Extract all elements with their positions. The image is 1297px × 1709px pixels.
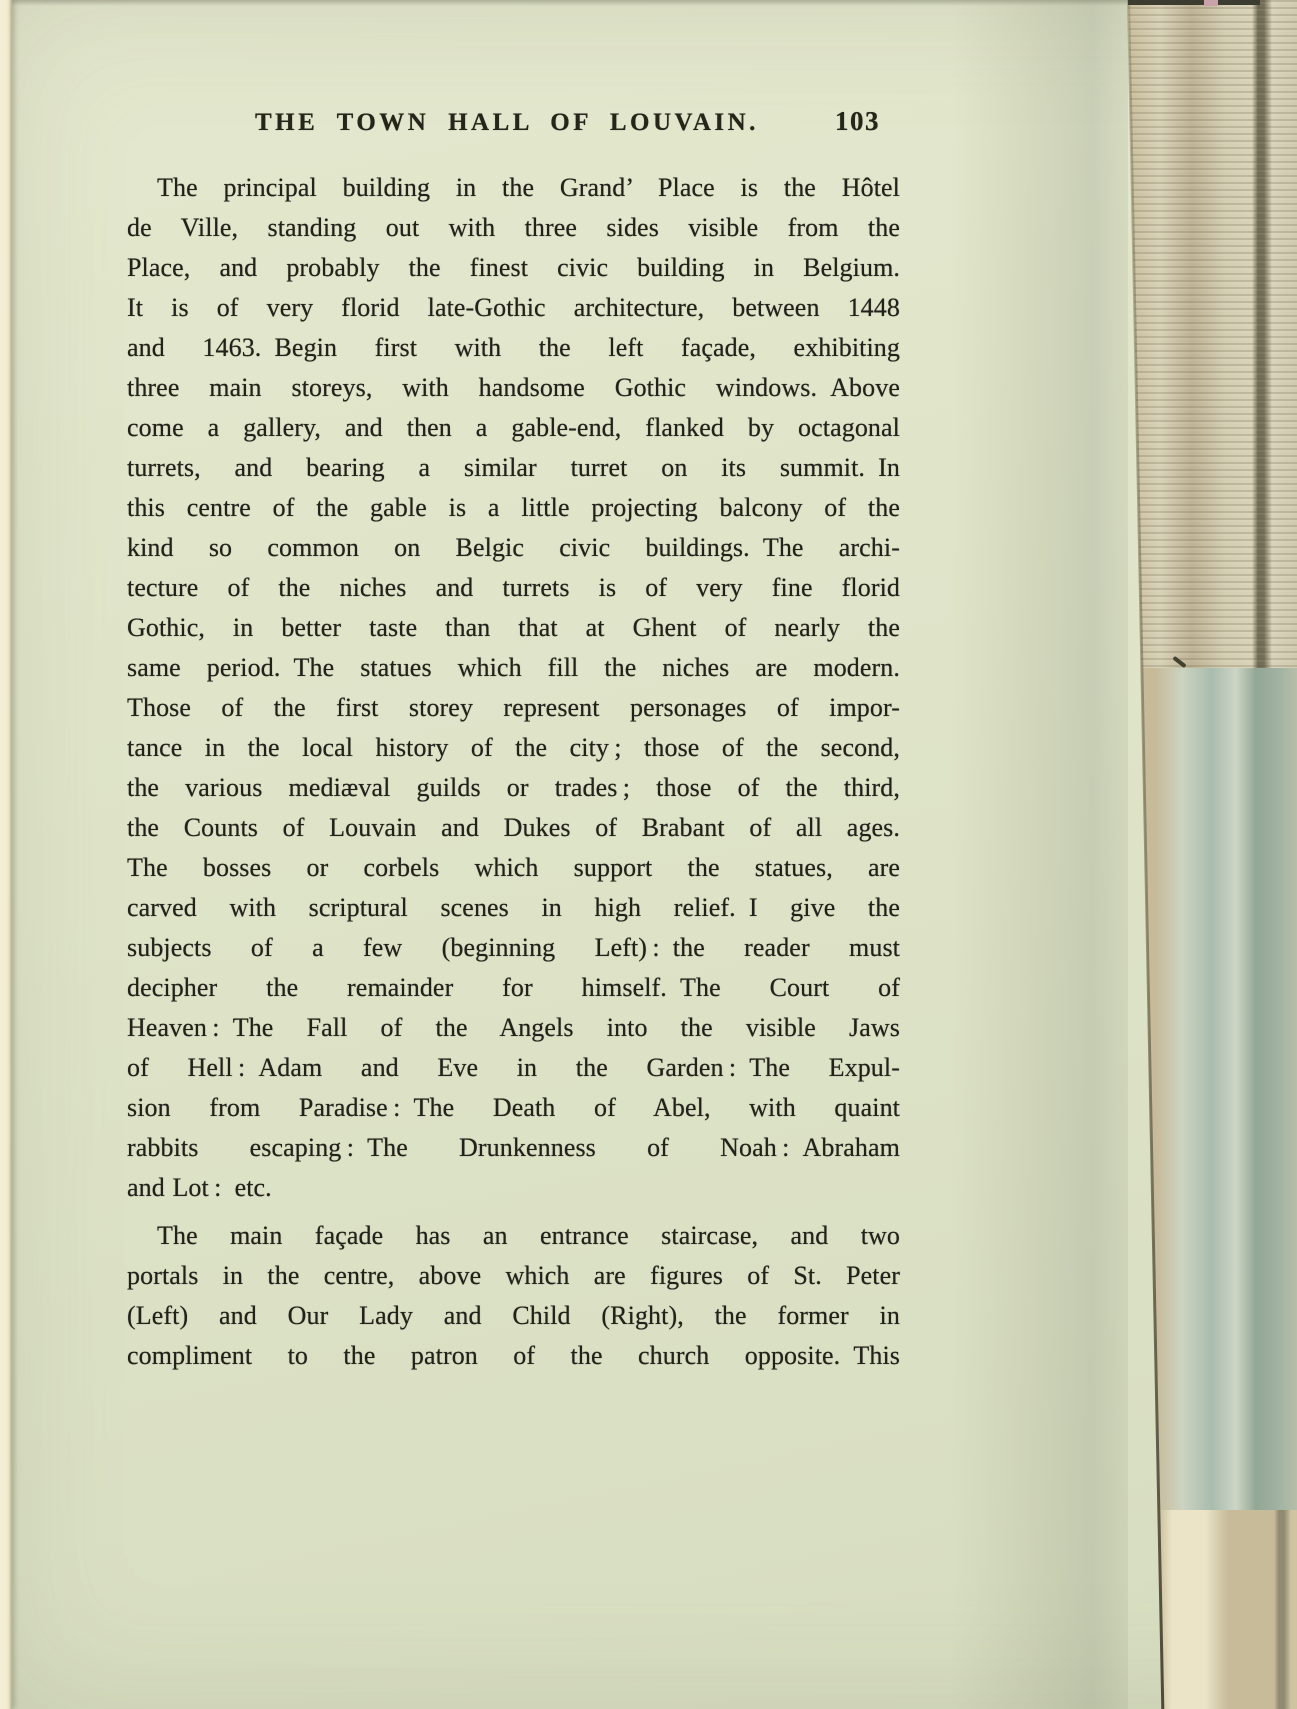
paragraph: The principal building in the Grand’ Pla…	[127, 168, 900, 1208]
text-line: the Counts of Louvain and Dukes of Braba…	[127, 808, 900, 848]
text-line: The bosses or corbels which support the …	[127, 848, 900, 888]
top-shadow-sliver	[1128, 0, 1260, 5]
text-line: (Left) and Our Lady and Child (Right), t…	[127, 1296, 900, 1336]
text-line: kind so common on Belgic civic buildings…	[127, 528, 900, 568]
text-line: de Ville, standing out with three sides …	[127, 208, 900, 248]
page-body: The principal building in the Grand’ Pla…	[127, 168, 900, 1376]
text-line: the various mediæval guilds or trades ; …	[127, 768, 900, 808]
text-line: decipher the remainder for himself. The …	[127, 968, 900, 1008]
text-line: of Hell : Adam and Eve in the Garden : T…	[127, 1048, 900, 1088]
running-title: THE TOWN HALL OF LOUVAIN.	[127, 109, 759, 137]
text-line: portals in the centre, above which are f…	[127, 1256, 900, 1296]
page-header: THE TOWN HALL OF LOUVAIN. 103	[127, 106, 900, 137]
paragraph: The main façade has an entrance staircas…	[127, 1216, 900, 1376]
text-line: subjects of a few (beginning Left) : the…	[127, 928, 900, 968]
text-line: sion from Paradise : The Death of Abel, …	[127, 1088, 900, 1128]
top-pink-sliver	[1204, 0, 1218, 6]
text-line: and 1463. Begin first with the left faça…	[127, 328, 900, 368]
text-line: tecture of the niches and turrets is of …	[127, 568, 900, 608]
text-line: tance in the local history of the city ;…	[127, 728, 900, 768]
text-line: same period. The statues which fill the …	[127, 648, 900, 688]
text-line: rabbits escaping : The Drunkenness of No…	[127, 1128, 900, 1168]
text-line: Those of the first storey represent pers…	[127, 688, 900, 728]
text-line: come a gallery, and then a gable-end, fl…	[127, 408, 900, 448]
page-number: 103	[835, 106, 900, 137]
text-line: three main storeys, with handsome Gothic…	[127, 368, 900, 408]
text-line: and Lot : etc.	[127, 1168, 900, 1208]
text-line: Place, and probably the finest civic bui…	[127, 248, 900, 288]
book-photo: { "colors": { "page_background": "#dfe4c…	[0, 0, 1297, 1709]
text-line: The principal building in the Grand’ Pla…	[127, 168, 900, 208]
text-line: carved with scriptural scenes in high re…	[127, 888, 900, 928]
text-line: compliment to the patron of the church o…	[127, 1336, 900, 1376]
page-right-shading	[950, 0, 1128, 1709]
text-line: Heaven : The Fall of the Angels into the…	[127, 1008, 900, 1048]
text-line: Gothic, in better taste than that at Ghe…	[127, 608, 900, 648]
text-line: The main façade has an entrance staircas…	[127, 1216, 900, 1256]
text-line: turrets, and bearing a similar turret on…	[127, 448, 900, 488]
text-line: this centre of the gable is a little pro…	[127, 488, 900, 528]
text-line: It is of very florid late-Gothic archite…	[127, 288, 900, 328]
left-page-edge	[0, 0, 12, 1709]
